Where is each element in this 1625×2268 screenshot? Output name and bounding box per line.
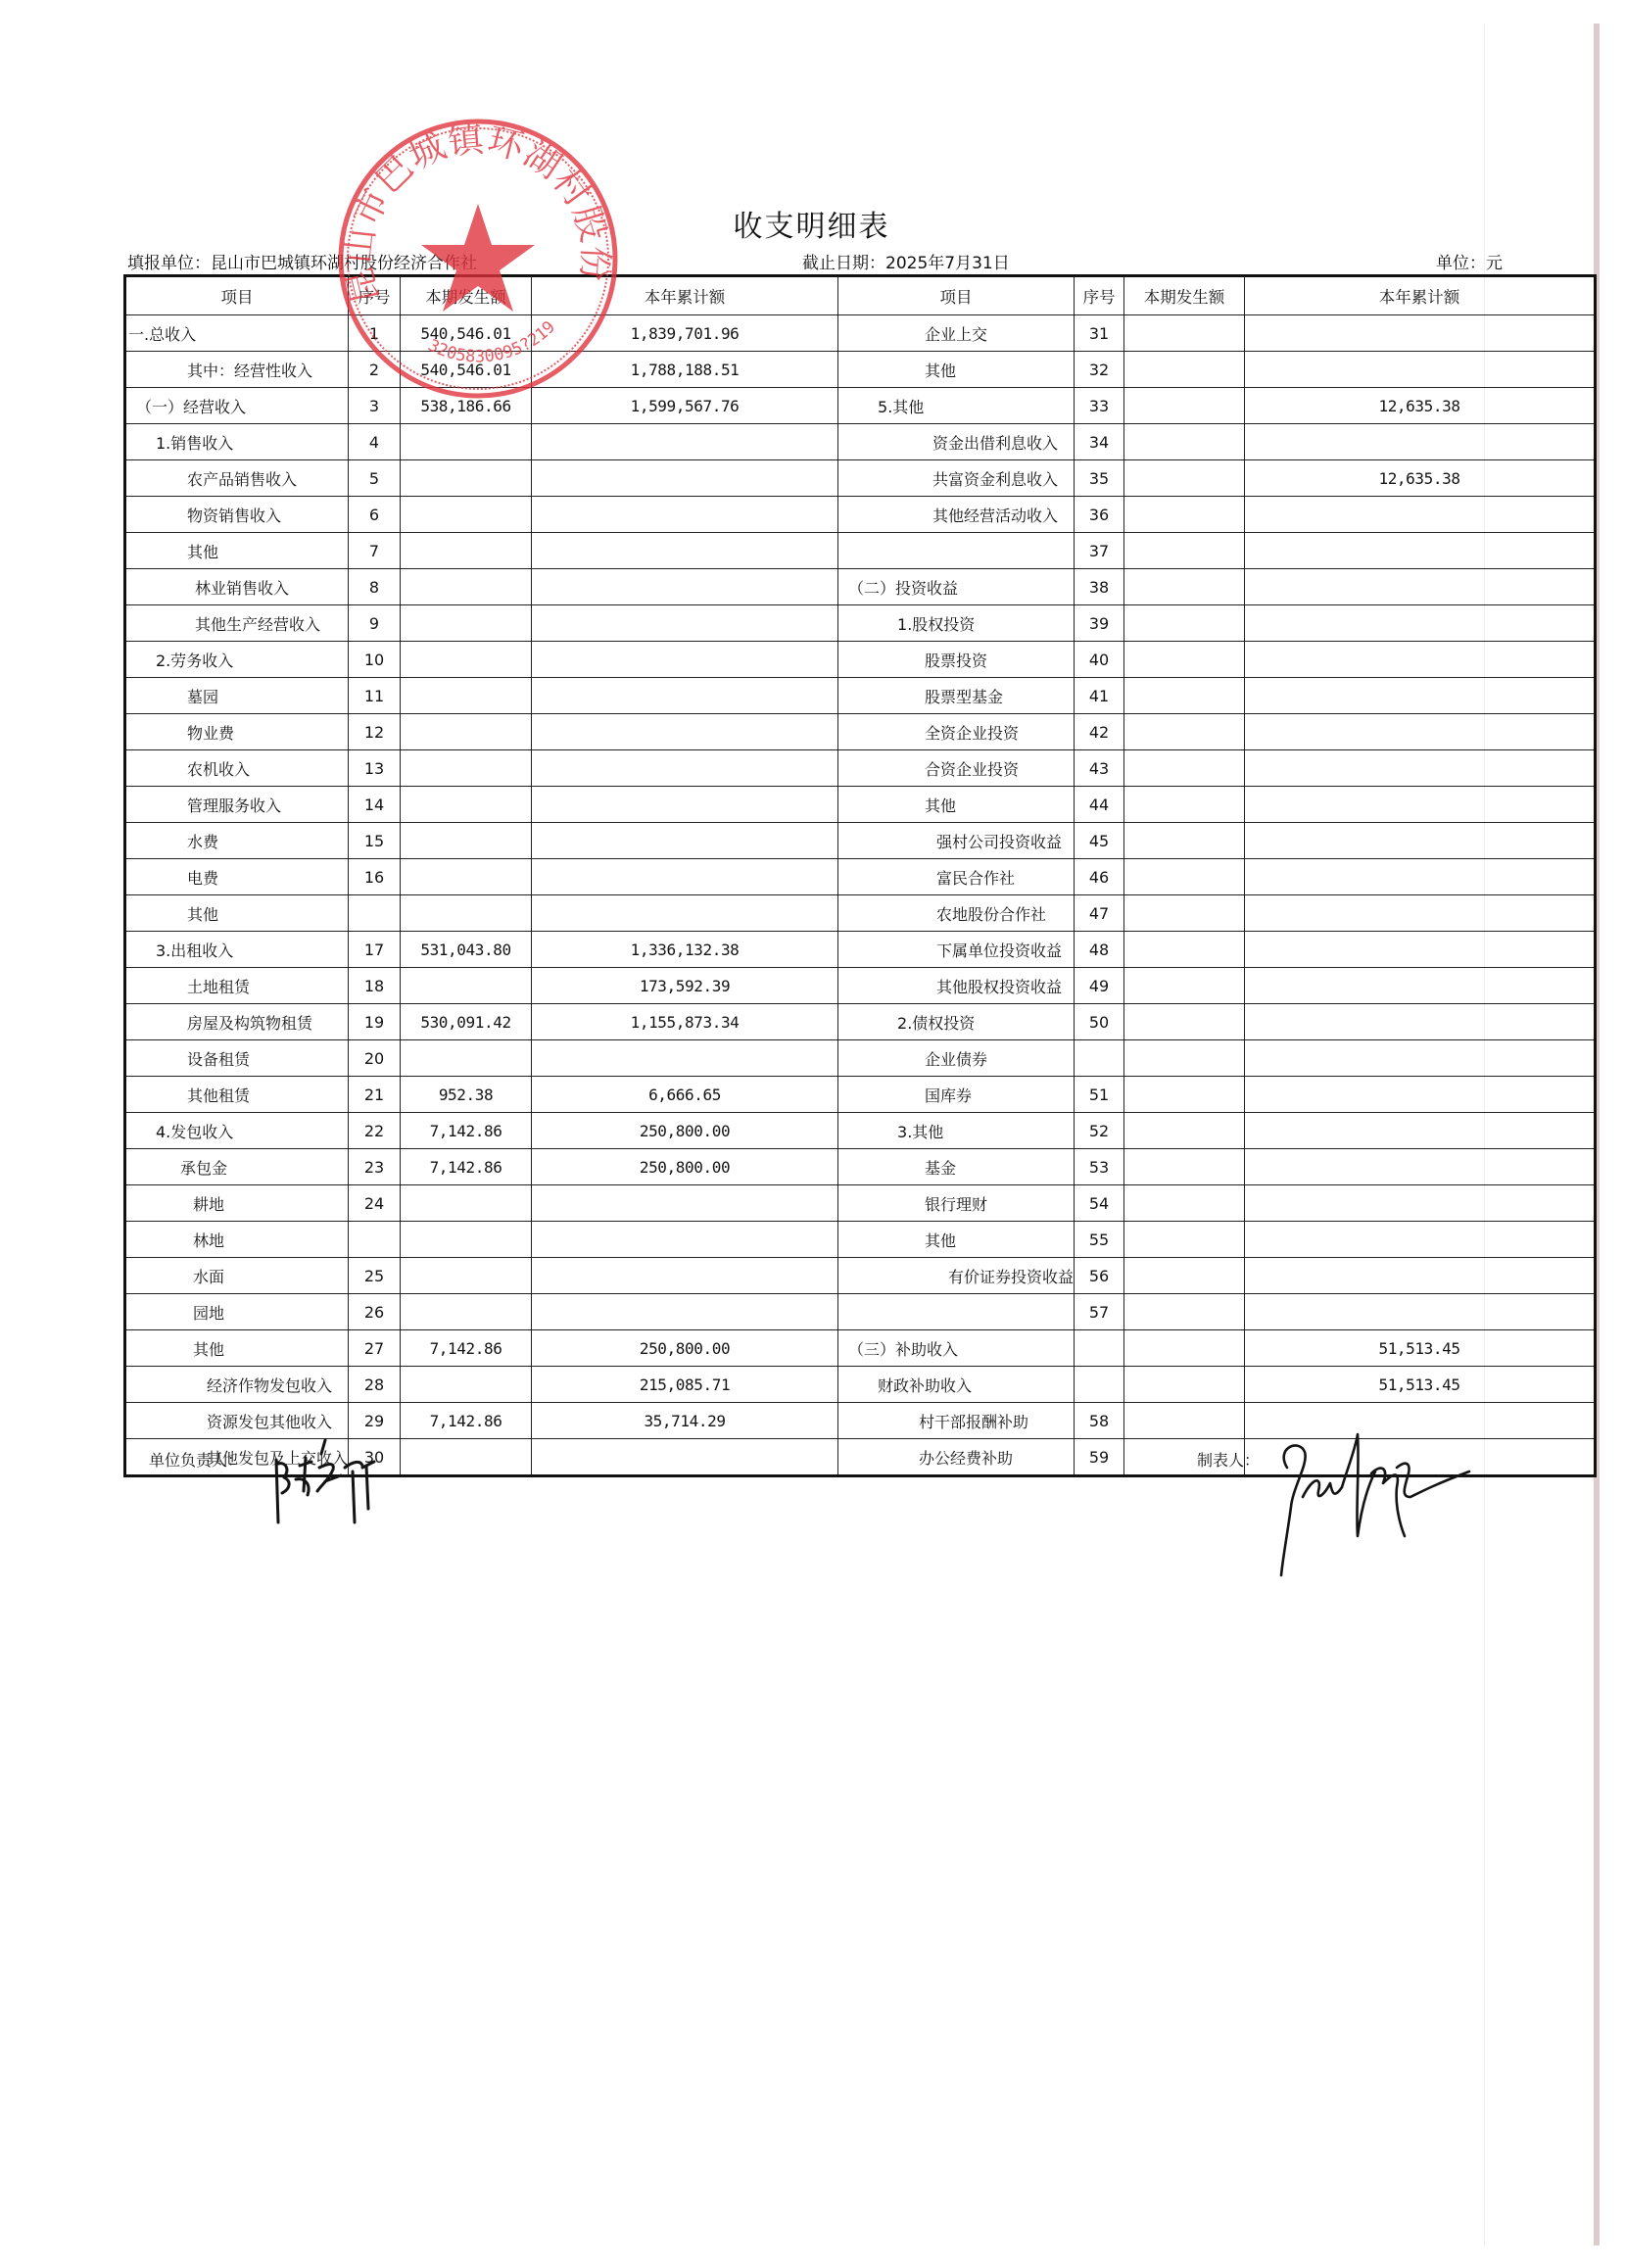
right-seq-cell: 46 — [1075, 859, 1124, 895]
right-item-cell: 共富资金利息收入 — [838, 460, 1075, 497]
left-ytd-amount-cell — [532, 605, 838, 642]
left-seq-cell: 30 — [349, 1439, 401, 1476]
right-item-cell: 其他 — [838, 787, 1075, 823]
table-row: 其他租赁21952.386,666.65国库券51 — [125, 1077, 1596, 1113]
table-row: （一）经营收入3538,186.661,599,567.765.其他3312,6… — [125, 388, 1596, 424]
right-item-cell: 富民合作社 — [838, 859, 1075, 895]
right-seq-cell: 49 — [1075, 968, 1124, 1004]
left-item-cell: 1.销售收入 — [125, 424, 349, 460]
left-ytd-amount-cell: 1,788,188.51 — [532, 352, 838, 388]
left-seq-cell: 4 — [349, 424, 401, 460]
left-item-cell: 水费 — [125, 823, 349, 859]
right-item-cell: 强村公司投资收益 — [838, 823, 1075, 859]
left-item-cell: 其他生产经营收入 — [125, 605, 349, 642]
table-row: 土地租赁18173,592.39其他股权投资收益49 — [125, 968, 1596, 1004]
left-item-cell: 资源发包其他收入 — [125, 1403, 349, 1439]
left-ytd-amount-cell — [532, 1439, 838, 1476]
right-item-cell: 其他 — [838, 352, 1075, 388]
reporting-unit-value: 昆山市巴城镇环湖村股份经济合作社 — [211, 254, 477, 273]
table-row: 设备租赁20企业债券 — [125, 1040, 1596, 1077]
right-current-amount-cell — [1124, 1004, 1245, 1040]
right-item-cell: 企业上交 — [838, 315, 1075, 352]
right-seq-cell: 54 — [1075, 1185, 1124, 1222]
right-seq-cell: 40 — [1075, 642, 1124, 678]
left-ytd-amount-cell: 1,336,132.38 — [532, 932, 838, 968]
table-row: 物业费12全资企业投资42 — [125, 714, 1596, 750]
right-seq-cell — [1075, 1367, 1124, 1403]
left-item-cell: 林地 — [125, 1222, 349, 1258]
right-seq-cell: 44 — [1075, 787, 1124, 823]
left-current-amount-cell: 531,043.80 — [401, 932, 532, 968]
table-row: 房屋及构筑物租赁19530,091.421,155,873.342.债权投资50 — [125, 1004, 1596, 1040]
right-current-amount-cell — [1124, 750, 1245, 787]
right-current-amount-cell — [1124, 352, 1245, 388]
left-ytd-amount-cell — [532, 1294, 838, 1330]
left-item-cell: 水面 — [125, 1258, 349, 1294]
right-ytd-amount-cell — [1245, 1077, 1596, 1113]
left-ytd-amount-cell: 250,800.00 — [532, 1113, 838, 1149]
left-ytd-amount-cell — [532, 497, 838, 533]
left-current-amount-cell: 7,142.86 — [401, 1403, 532, 1439]
left-seq-cell: 21 — [349, 1077, 401, 1113]
left-current-amount-cell — [401, 1367, 532, 1403]
left-item-cell: 一.总收入 — [125, 315, 349, 352]
left-current-amount-cell: 540,546.01 — [401, 352, 532, 388]
table-row: 物资销售收入6其他经营活动收入36 — [125, 497, 1596, 533]
right-current-amount-cell — [1124, 932, 1245, 968]
left-current-amount-cell — [401, 1185, 532, 1222]
left-ytd-amount-cell: 250,800.00 — [532, 1330, 838, 1367]
left-seq-cell: 26 — [349, 1294, 401, 1330]
left-seq-cell: 8 — [349, 569, 401, 605]
reporting-unit-label: 填报单位： — [127, 254, 211, 273]
left-current-amount-cell — [401, 787, 532, 823]
right-item-cell: 合资企业投资 — [838, 750, 1075, 787]
left-item-cell: 承包金 — [125, 1149, 349, 1185]
left-current-amount-cell: 530,091.42 — [401, 1004, 532, 1040]
left-current-amount-cell — [401, 1439, 532, 1476]
right-seq-cell: 36 — [1075, 497, 1124, 533]
right-ytd-amount-cell — [1245, 1294, 1596, 1330]
left-current-amount-cell: 540,546.01 — [401, 315, 532, 352]
left-seq-cell: 27 — [349, 1330, 401, 1367]
header-ytd-left: 本年累计额 — [532, 276, 838, 315]
left-seq-cell: 9 — [349, 605, 401, 642]
left-ytd-amount-cell — [532, 678, 838, 714]
right-ytd-amount-cell — [1245, 895, 1596, 932]
left-seq-cell: 28 — [349, 1367, 401, 1403]
right-item-cell: 其他 — [838, 1222, 1075, 1258]
left-item-cell: 经济作物发包收入 — [125, 1367, 349, 1403]
left-item-cell: 土地租赁 — [125, 968, 349, 1004]
left-current-amount-cell: 952.38 — [401, 1077, 532, 1113]
right-ytd-amount-cell — [1245, 642, 1596, 678]
left-current-amount-cell: 538,186.66 — [401, 388, 532, 424]
right-current-amount-cell — [1124, 678, 1245, 714]
right-current-amount-cell — [1124, 1222, 1245, 1258]
table-row: 承包金237,142.86250,800.00基金53 — [125, 1149, 1596, 1185]
left-current-amount-cell — [401, 678, 532, 714]
right-seq-cell: 31 — [1075, 315, 1124, 352]
right-seq-cell: 50 — [1075, 1004, 1124, 1040]
right-item-cell: 国库券 — [838, 1077, 1075, 1113]
left-current-amount-cell — [401, 642, 532, 678]
left-ytd-amount-cell — [532, 895, 838, 932]
left-item-cell: 物业费 — [125, 714, 349, 750]
left-seq-cell: 24 — [349, 1185, 401, 1222]
left-current-amount-cell: 7,142.86 — [401, 1113, 532, 1149]
left-ytd-amount-cell — [532, 750, 838, 787]
right-item-cell: 1.股权投资 — [838, 605, 1075, 642]
right-item-cell: 其他股权投资收益 — [838, 968, 1075, 1004]
table-body: 一.总收入1540,546.011,839,701.96企业上交31其中：经营性… — [125, 315, 1596, 1476]
right-current-amount-cell — [1124, 460, 1245, 497]
right-ytd-amount-cell — [1245, 605, 1596, 642]
left-ytd-amount-cell: 35,714.29 — [532, 1403, 838, 1439]
right-item-cell: 下属单位投资收益 — [838, 932, 1075, 968]
left-seq-cell: 20 — [349, 1040, 401, 1077]
right-current-amount-cell — [1124, 1403, 1245, 1439]
income-detail-table: 项目 序号 本期发生额 本年累计额 项目 序号 本期发生额 本年累计额 一.总收… — [123, 274, 1597, 1477]
right-current-amount-cell — [1124, 315, 1245, 352]
left-seq-cell: 11 — [349, 678, 401, 714]
right-seq-cell: 35 — [1075, 460, 1124, 497]
left-current-amount-cell — [401, 533, 532, 569]
table-row: 电费16富民合作社46 — [125, 859, 1596, 895]
left-item-cell: 4.发包收入 — [125, 1113, 349, 1149]
right-seq-cell: 33 — [1075, 388, 1124, 424]
table-row: 资源发包其他收入297,142.8635,714.29村干部报酬补助58 — [125, 1403, 1596, 1439]
left-item-cell: （一）经营收入 — [125, 388, 349, 424]
left-ytd-amount-cell — [532, 1222, 838, 1258]
left-item-cell: 2.劳务收入 — [125, 642, 349, 678]
left-item-cell: 房屋及构筑物租赁 — [125, 1004, 349, 1040]
right-current-amount-cell — [1124, 1185, 1245, 1222]
left-seq-cell: 2 — [349, 352, 401, 388]
right-seq-cell: 39 — [1075, 605, 1124, 642]
right-current-amount-cell — [1124, 1258, 1245, 1294]
right-current-amount-cell — [1124, 569, 1245, 605]
right-seq-cell: 51 — [1075, 1077, 1124, 1113]
header-item-left: 项目 — [125, 276, 349, 315]
right-seq-cell: 47 — [1075, 895, 1124, 932]
left-seq-cell: 3 — [349, 388, 401, 424]
left-seq-cell: 12 — [349, 714, 401, 750]
left-current-amount-cell — [401, 750, 532, 787]
right-current-amount-cell — [1124, 968, 1245, 1004]
right-seq-cell: 48 — [1075, 932, 1124, 968]
cutoff-date-value: 2025年7月31日 — [885, 254, 1010, 273]
table-row: 1.销售收入4资金出借利息收入34 — [125, 424, 1596, 460]
right-ytd-amount-cell — [1245, 859, 1596, 895]
right-item-cell — [838, 533, 1075, 569]
right-ytd-amount-cell: 12,635.38 — [1245, 388, 1596, 424]
left-item-cell: 园地 — [125, 1294, 349, 1330]
left-item-cell: 其他 — [125, 895, 349, 932]
right-item-cell: 5.其他 — [838, 388, 1075, 424]
left-current-amount-cell — [401, 895, 532, 932]
left-ytd-amount-cell — [532, 569, 838, 605]
right-ytd-amount-cell — [1245, 1149, 1596, 1185]
right-ytd-amount-cell — [1245, 1004, 1596, 1040]
right-ytd-amount-cell — [1245, 678, 1596, 714]
header-current-left: 本期发生额 — [401, 276, 532, 315]
table-row: 经济作物发包收入28215,085.71财政补助收入51,513.45 — [125, 1367, 1596, 1403]
right-item-cell: 办公经费补助 — [838, 1439, 1075, 1476]
right-ytd-amount-cell — [1245, 714, 1596, 750]
left-item-cell: 其中：经营性收入 — [125, 352, 349, 388]
right-item-cell: （三）补助收入 — [838, 1330, 1075, 1367]
left-seq-cell: 5 — [349, 460, 401, 497]
left-item-cell: 墓园 — [125, 678, 349, 714]
left-item-cell: 其他租赁 — [125, 1077, 349, 1113]
right-current-amount-cell — [1124, 714, 1245, 750]
right-current-amount-cell — [1124, 787, 1245, 823]
right-current-amount-cell — [1124, 497, 1245, 533]
right-ytd-amount-cell — [1245, 1113, 1596, 1149]
right-ytd-amount-cell — [1245, 352, 1596, 388]
table-row: 一.总收入1540,546.011,839,701.96企业上交31 — [125, 315, 1596, 352]
right-seq-cell: 43 — [1075, 750, 1124, 787]
right-seq-cell: 53 — [1075, 1149, 1124, 1185]
right-ytd-amount-cell — [1245, 424, 1596, 460]
right-ytd-amount-cell — [1245, 533, 1596, 569]
left-current-amount-cell — [401, 569, 532, 605]
right-current-amount-cell — [1124, 388, 1245, 424]
preparer-label: 制表人： — [1197, 1448, 1260, 1471]
table-header-row: 项目 序号 本期发生额 本年累计额 项目 序号 本期发生额 本年累计额 — [125, 276, 1596, 315]
right-item-cell: 3.其他 — [838, 1113, 1075, 1149]
left-seq-cell: 29 — [349, 1403, 401, 1439]
table-row: 园地2657 — [125, 1294, 1596, 1330]
table-row: 2.劳务收入10股票投资40 — [125, 642, 1596, 678]
left-ytd-amount-cell — [532, 642, 838, 678]
left-ytd-amount-cell: 215,085.71 — [532, 1367, 838, 1403]
right-current-amount-cell — [1124, 859, 1245, 895]
left-current-amount-cell: 7,142.86 — [401, 1149, 532, 1185]
left-seq-cell — [349, 1222, 401, 1258]
left-current-amount-cell — [401, 859, 532, 895]
left-seq-cell: 25 — [349, 1258, 401, 1294]
right-item-cell: 村干部报酬补助 — [838, 1403, 1075, 1439]
currency-unit-value: 元 — [1486, 254, 1503, 273]
table-row: 农机收入13合资企业投资43 — [125, 750, 1596, 787]
right-item-cell: 农地股份合作社 — [838, 895, 1075, 932]
right-seq-cell: 41 — [1075, 678, 1124, 714]
right-item-cell: 2.债权投资 — [838, 1004, 1075, 1040]
right-seq-cell: 59 — [1075, 1439, 1124, 1476]
left-seq-cell: 15 — [349, 823, 401, 859]
left-seq-cell: 18 — [349, 968, 401, 1004]
right-seq-cell: 32 — [1075, 352, 1124, 388]
left-ytd-amount-cell: 1,599,567.76 — [532, 388, 838, 424]
right-seq-cell: 52 — [1075, 1113, 1124, 1149]
right-item-cell — [838, 1294, 1075, 1330]
left-item-cell: 3.出租收入 — [125, 932, 349, 968]
left-item-cell: 耕地 — [125, 1185, 349, 1222]
left-seq-cell: 16 — [349, 859, 401, 895]
left-current-amount-cell — [401, 605, 532, 642]
right-ytd-amount-cell — [1245, 823, 1596, 859]
left-item-cell: 设备租赁 — [125, 1040, 349, 1077]
left-current-amount-cell: 7,142.86 — [401, 1330, 532, 1367]
left-ytd-amount-cell — [532, 1040, 838, 1077]
left-seq-cell: 10 — [349, 642, 401, 678]
right-ytd-amount-cell — [1245, 569, 1596, 605]
right-item-cell: 企业债券 — [838, 1040, 1075, 1077]
right-seq-cell — [1075, 1040, 1124, 1077]
header-seq-right: 序号 — [1075, 276, 1124, 315]
reporting-unit: 填报单位：昆山市巴城镇环湖村股份经济合作社 — [127, 249, 477, 273]
left-current-amount-cell — [401, 497, 532, 533]
left-item-cell: 其他 — [125, 533, 349, 569]
left-ytd-amount-cell: 6,666.65 — [532, 1077, 838, 1113]
left-seq-cell: 17 — [349, 932, 401, 968]
cutoff-date-label: 截止日期： — [802, 254, 885, 273]
left-seq-cell: 13 — [349, 750, 401, 787]
right-ytd-amount-cell — [1245, 968, 1596, 1004]
left-ytd-amount-cell — [532, 1185, 838, 1222]
left-seq-cell: 6 — [349, 497, 401, 533]
table-row: 其他737 — [125, 533, 1596, 569]
left-ytd-amount-cell: 1,155,873.34 — [532, 1004, 838, 1040]
right-item-cell: 有价证券投资收益 — [838, 1258, 1075, 1294]
right-item-cell: 财政补助收入 — [838, 1367, 1075, 1403]
header-ytd-right: 本年累计额 — [1245, 276, 1596, 315]
right-current-amount-cell — [1124, 895, 1245, 932]
right-item-cell: 股票投资 — [838, 642, 1075, 678]
table-row: 水费15强村公司投资收益45 — [125, 823, 1596, 859]
left-seq-cell: 19 — [349, 1004, 401, 1040]
cutoff-date: 截止日期：2025年7月31日 — [802, 249, 1010, 273]
right-ytd-amount-cell — [1245, 1439, 1596, 1476]
table-row: 其他农地股份合作社47 — [125, 895, 1596, 932]
table-row: 管理服务收入14其他44 — [125, 787, 1596, 823]
unit-head-label: 单位负责人： — [149, 1448, 243, 1471]
right-item-cell: 基金 — [838, 1149, 1075, 1185]
left-seq-cell: 14 — [349, 787, 401, 823]
right-current-amount-cell — [1124, 605, 1245, 642]
table-row: 林地其他55 — [125, 1222, 1596, 1258]
table-row: 水面25有价证券投资收益56 — [125, 1258, 1596, 1294]
table-row: 农产品销售收入5共富资金利息收入3512,635.38 — [125, 460, 1596, 497]
table-row: 林业销售收入8（二）投资收益38 — [125, 569, 1596, 605]
right-item-cell: 银行理财 — [838, 1185, 1075, 1222]
left-current-amount-cell — [401, 968, 532, 1004]
left-ytd-amount-cell — [532, 787, 838, 823]
right-current-amount-cell — [1124, 642, 1245, 678]
left-ytd-amount-cell — [532, 460, 838, 497]
right-current-amount-cell — [1124, 1040, 1245, 1077]
right-item-cell: 其他经营活动收入 — [838, 497, 1075, 533]
left-current-amount-cell — [401, 1258, 532, 1294]
table-row: 3.出租收入17531,043.801,336,132.38下属单位投资收益48 — [125, 932, 1596, 968]
right-ytd-amount-cell: 51,513.45 — [1245, 1330, 1596, 1367]
left-seq-cell — [349, 895, 401, 932]
right-current-amount-cell — [1124, 1149, 1245, 1185]
right-ytd-amount-cell: 51,513.45 — [1245, 1367, 1596, 1403]
header-item-right: 项目 — [838, 276, 1075, 315]
right-seq-cell: 58 — [1075, 1403, 1124, 1439]
right-seq-cell: 42 — [1075, 714, 1124, 750]
right-current-amount-cell — [1124, 1367, 1245, 1403]
table-row: 4.发包收入227,142.86250,800.003.其他52 — [125, 1113, 1596, 1149]
right-current-amount-cell — [1124, 1077, 1245, 1113]
right-seq-cell: 34 — [1075, 424, 1124, 460]
left-seq-cell: 22 — [349, 1113, 401, 1149]
right-current-amount-cell — [1124, 1113, 1245, 1149]
right-seq-cell: 57 — [1075, 1294, 1124, 1330]
left-item-cell: 电费 — [125, 859, 349, 895]
right-ytd-amount-cell: 12,635.38 — [1245, 460, 1596, 497]
left-current-amount-cell — [401, 1040, 532, 1077]
right-ytd-amount-cell — [1245, 1258, 1596, 1294]
right-seq-cell: 56 — [1075, 1258, 1124, 1294]
header-seq-left: 序号 — [349, 276, 401, 315]
left-seq-cell: 7 — [349, 533, 401, 569]
report-title: 收支明细表 — [0, 202, 1625, 245]
right-ytd-amount-cell — [1245, 1403, 1596, 1439]
right-ytd-amount-cell — [1245, 750, 1596, 787]
left-current-amount-cell — [401, 424, 532, 460]
left-item-cell: 农机收入 — [125, 750, 349, 787]
table-row: 其中：经营性收入2540,546.011,788,188.51其他32 — [125, 352, 1596, 388]
right-item-cell: （二）投资收益 — [838, 569, 1075, 605]
left-ytd-amount-cell — [532, 424, 838, 460]
currency-unit-label: 单位： — [1436, 254, 1486, 273]
left-current-amount-cell — [401, 460, 532, 497]
currency-unit: 单位：元 — [1436, 249, 1503, 273]
right-seq-cell — [1075, 1330, 1124, 1367]
right-current-amount-cell — [1124, 1330, 1245, 1367]
left-item-cell: 其他 — [125, 1330, 349, 1367]
table-row: 墓园11股票型基金41 — [125, 678, 1596, 714]
right-item-cell: 全资企业投资 — [838, 714, 1075, 750]
table-row: 其他277,142.86250,800.00（三）补助收入51,513.45 — [125, 1330, 1596, 1367]
right-ytd-amount-cell — [1245, 1040, 1596, 1077]
right-current-amount-cell — [1124, 1294, 1245, 1330]
right-current-amount-cell — [1124, 424, 1245, 460]
left-current-amount-cell — [401, 1294, 532, 1330]
left-ytd-amount-cell — [532, 823, 838, 859]
right-ytd-amount-cell — [1245, 315, 1596, 352]
table-row: 其他生产经营收入91.股权投资39 — [125, 605, 1596, 642]
right-ytd-amount-cell — [1245, 497, 1596, 533]
right-current-amount-cell — [1124, 823, 1245, 859]
left-current-amount-cell — [401, 823, 532, 859]
right-seq-cell: 38 — [1075, 569, 1124, 605]
right-item-cell: 资金出借利息收入 — [838, 424, 1075, 460]
left-ytd-amount-cell — [532, 859, 838, 895]
left-current-amount-cell — [401, 1222, 532, 1258]
right-item-cell: 股票型基金 — [838, 678, 1075, 714]
right-seq-cell: 45 — [1075, 823, 1124, 859]
left-item-cell: 物资销售收入 — [125, 497, 349, 533]
right-seq-cell: 55 — [1075, 1222, 1124, 1258]
left-item-cell: 林业销售收入 — [125, 569, 349, 605]
left-ytd-amount-cell: 1,839,701.96 — [532, 315, 838, 352]
right-ytd-amount-cell — [1245, 787, 1596, 823]
right-ytd-amount-cell — [1245, 932, 1596, 968]
right-seq-cell: 37 — [1075, 533, 1124, 569]
left-ytd-amount-cell — [532, 1258, 838, 1294]
left-item-cell: 管理服务收入 — [125, 787, 349, 823]
right-current-amount-cell — [1124, 533, 1245, 569]
left-item-cell: 农产品销售收入 — [125, 460, 349, 497]
left-ytd-amount-cell — [532, 714, 838, 750]
table-row: 耕地24银行理财54 — [125, 1185, 1596, 1222]
left-ytd-amount-cell — [532, 533, 838, 569]
